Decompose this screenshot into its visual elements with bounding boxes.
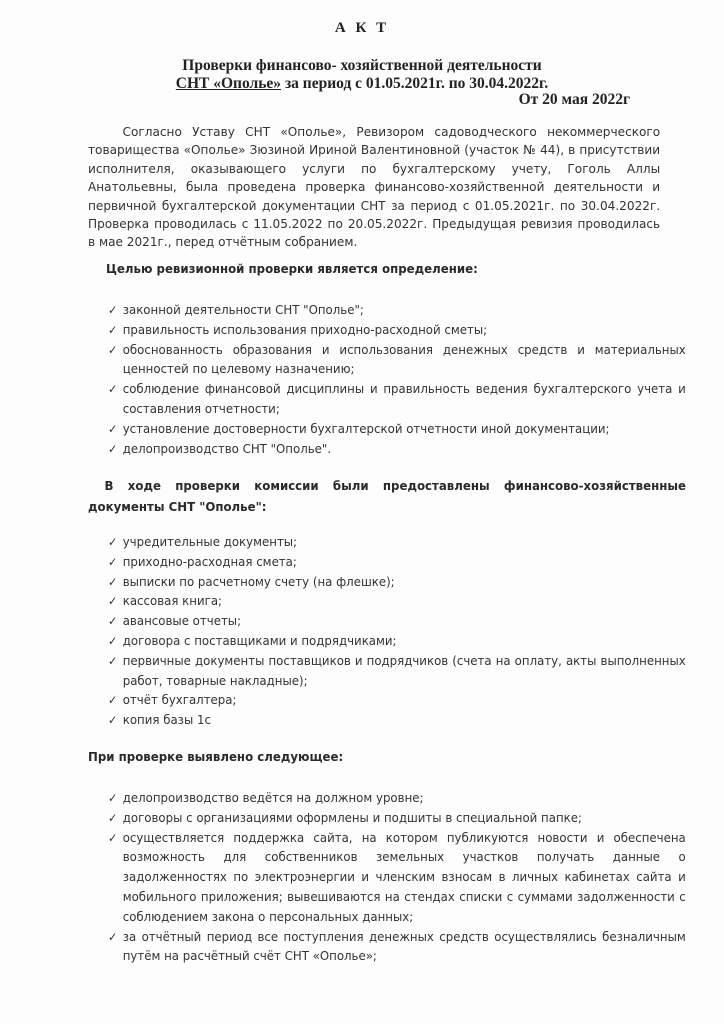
intro-text: Согласно Уставу СНТ «Ополье», Ревизором …	[88, 124, 660, 249]
check-icon: ✓	[108, 592, 117, 612]
check-icon: ✓	[108, 533, 117, 553]
heading-line-2: документы СНТ "Ополье":	[88, 500, 266, 515]
findings-list: ✓делопроизводство ведётся на должном уро…	[108, 789, 686, 967]
list-item: ✓договоры с организациями оформлены и по…	[108, 809, 686, 829]
section-documents-heading: В ходе проверки комиссии были предоставл…	[88, 476, 686, 518]
list-item: ✓законной деятельности СНТ "Ополье";	[108, 301, 686, 321]
list-item: ✓приходно-расходная смета;	[108, 553, 686, 573]
organization-name: СНТ «Ополье»	[176, 75, 281, 92]
list-item: ✓выписки по расчетному счету (на флешке)…	[108, 573, 686, 593]
heading-line-1: В ходе проверки комиссии были предоставл…	[88, 476, 686, 497]
list-item: ✓договора с поставщиками и подрядчиками;	[108, 632, 686, 652]
check-icon: ✓	[108, 612, 117, 632]
list-item: ✓авансовые отчеты;	[108, 612, 686, 632]
list-item: ✓делопроизводство СНТ "Ополье".	[108, 440, 686, 460]
document-page: А К Т Проверки финансово- хозяйственной …	[0, 0, 724, 1024]
check-icon: ✓	[108, 321, 117, 341]
check-icon: ✓	[108, 928, 117, 948]
document-date: От 20 мая 2022г	[519, 91, 630, 109]
check-icon: ✓	[108, 691, 117, 711]
list-item: ✓обоснованность образования и использова…	[108, 341, 686, 381]
check-icon: ✓	[108, 829, 117, 849]
list-item: ✓соблюдение финансовой дисциплины и прав…	[108, 380, 686, 420]
check-icon: ✓	[108, 301, 117, 321]
check-icon: ✓	[108, 341, 117, 361]
document-subtitle: Проверки финансово- хозяйственной деятел…	[0, 57, 724, 93]
goals-list: ✓законной деятельности СНТ "Ополье"; ✓пр…	[108, 301, 686, 459]
list-item: ✓за отчётный период все поступления дене…	[108, 928, 686, 968]
check-icon: ✓	[108, 809, 117, 829]
list-item: ✓кассовая книга;	[108, 592, 686, 612]
check-icon: ✓	[108, 573, 117, 593]
subtitle-line-1: Проверки финансово- хозяйственной деятел…	[0, 57, 724, 75]
intro-paragraph: Согласно Уставу СНТ «Ополье», Ревизором …	[88, 123, 660, 252]
check-icon: ✓	[108, 440, 117, 460]
check-icon: ✓	[108, 380, 117, 400]
check-icon: ✓	[108, 420, 117, 440]
documents-list: ✓учредительные документы; ✓приходно-расх…	[108, 533, 686, 731]
list-item: ✓учредительные документы;	[108, 533, 686, 553]
list-item: ✓правильность использования приходно-рас…	[108, 321, 686, 341]
check-icon: ✓	[108, 789, 117, 809]
list-item: ✓установление достоверности бухгалтерско…	[108, 420, 686, 440]
section-findings-heading: При проверке выявлено следующее:	[88, 750, 343, 765]
check-icon: ✓	[108, 632, 117, 652]
check-icon: ✓	[108, 553, 117, 573]
list-item: ✓копия базы 1с	[108, 711, 686, 731]
list-item: ✓осуществляется поддержка сайта, на кото…	[108, 829, 686, 928]
section-goals-heading: Целью ревизионной проверки является опре…	[106, 262, 478, 277]
list-item: ✓отчёт бухгалтера;	[108, 691, 686, 711]
list-item: ✓делопроизводство ведётся на должном уро…	[108, 789, 686, 809]
period-text: за период с 01.05.2021г. по 30.04.2022г.	[281, 75, 548, 92]
document-title: А К Т	[0, 20, 724, 37]
check-icon: ✓	[108, 652, 117, 672]
list-item: ✓первичные документы поставщиков и подря…	[108, 652, 686, 692]
check-icon: ✓	[108, 711, 117, 731]
